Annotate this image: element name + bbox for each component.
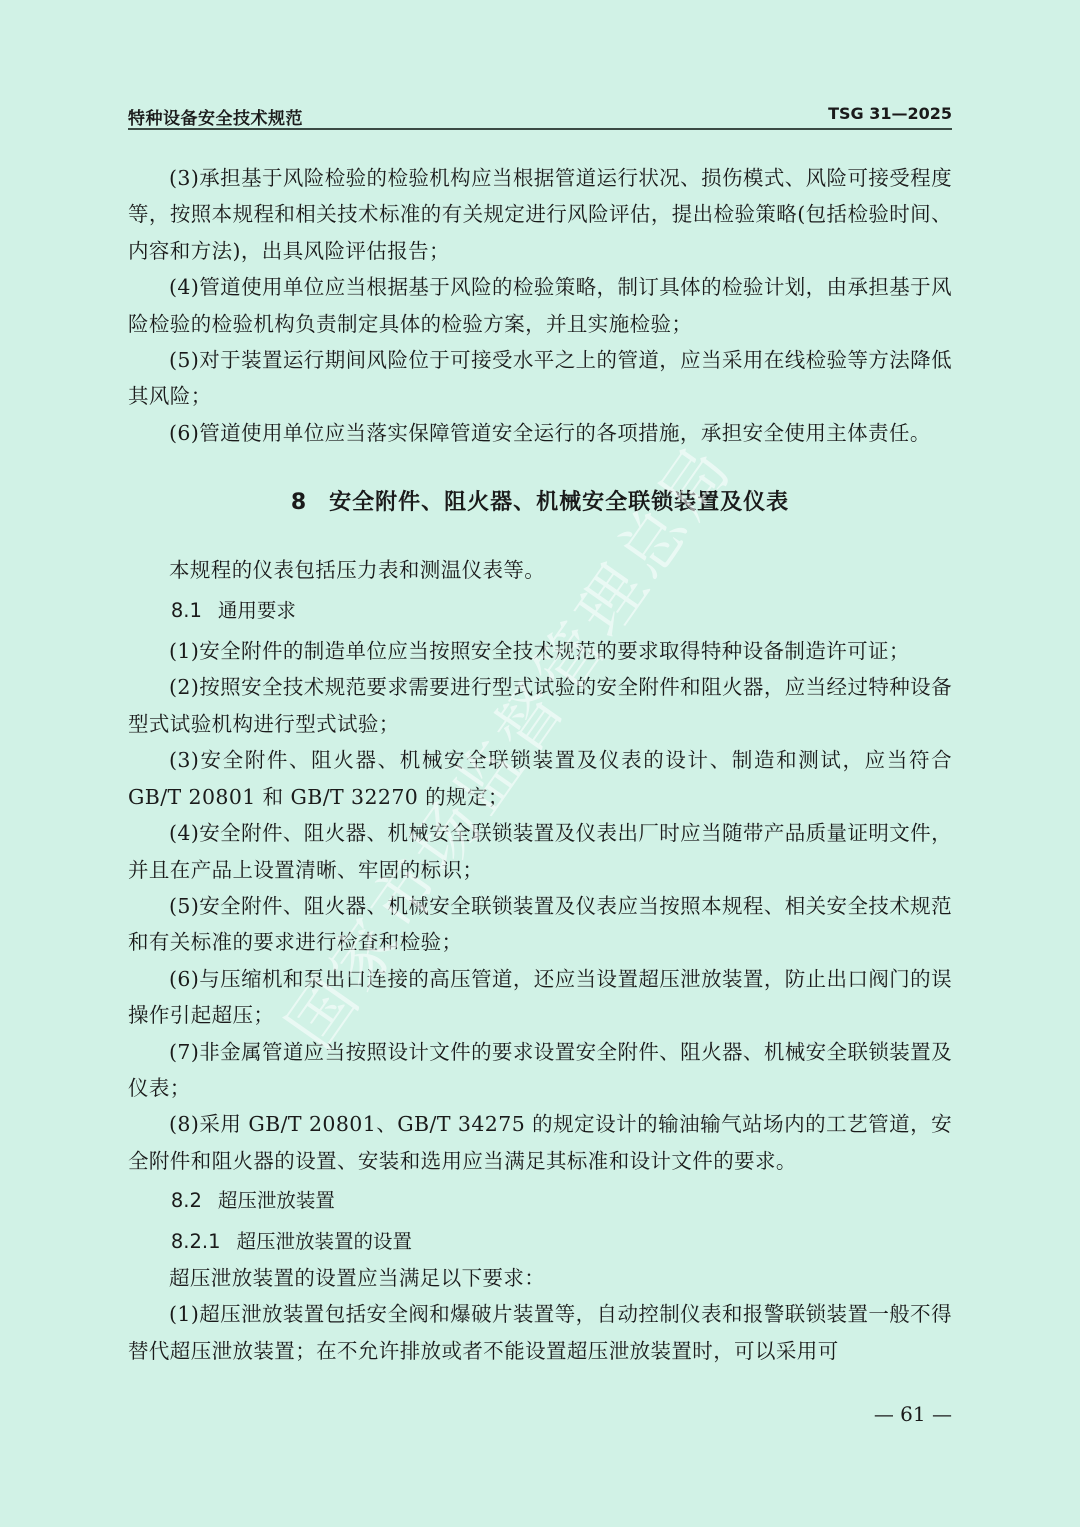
section-intro: 超压泄放装置的设置应当满足以下要求： <box>128 1260 952 1296</box>
list-item: (1)安全附件的制造单位应当按照安全技术规范的要求取得特种设备制造许可证； <box>128 633 952 669</box>
running-header: 特种设备安全技术规范 TSG 31—2025 <box>128 102 952 130</box>
section-heading-8-2: 8.2超压泄放装置 <box>128 1183 952 1219</box>
chapter-intro: 本规程的仪表包括压力表和测温仪表等。 <box>128 552 952 588</box>
paragraph: (6)管道使用单位应当落实保障管道安全运行的各项措施，承担安全使用主体责任。 <box>128 415 952 451</box>
section-title: 通用要求 <box>218 599 296 622</box>
chapter-title: 安全附件、阻火器、机械安全联锁装置及仪表 <box>329 490 789 515</box>
chapter-heading: 8安全附件、阻火器、机械安全联锁装置及仪表 <box>128 485 952 516</box>
section-number: 8.2.1 <box>171 1224 221 1260</box>
list-item: (2)按照安全技术规范要求需要进行型式试验的安全附件和阻火器，应当经过特种设备型… <box>128 669 952 742</box>
section-title: 超压泄放装置的设置 <box>237 1230 413 1253</box>
header-standard-code: TSG 31—2025 <box>828 104 952 123</box>
list-item: (7)非金属管道应当按照设计文件的要求设置安全附件、阻火器、机械安全联锁装置及仪… <box>128 1034 952 1107</box>
chapter-number: 8 <box>291 490 307 515</box>
section-title: 超压泄放装置 <box>218 1189 335 1212</box>
list-item: (3)安全附件、阻火器、机械安全联锁装置及仪表的设计、制造和测试，应当符合 GB… <box>128 742 952 815</box>
section-heading-8-2-1: 8.2.1超压泄放装置的设置 <box>128 1224 952 1260</box>
list-item: (8)采用 GB/T 20801、GB/T 34275 的规定设计的输油输气站场… <box>128 1106 952 1179</box>
page-number: — 61 — <box>874 1402 952 1426</box>
section-number: 8.1 <box>171 593 202 629</box>
section-number: 8.2 <box>171 1183 202 1219</box>
paragraph: (5)对于装置运行期间风险位于可接受水平之上的管道，应当采用在线检验等方法降低其… <box>128 342 952 415</box>
page-body: (3)承担基于风险检验的检验机构应当根据管道运行状况、损伤模式、风险可接受程度等… <box>128 160 952 1369</box>
list-item: (1)超压泄放装置包括安全阀和爆破片装置等，自动控制仪表和报警联锁装置一般不得替… <box>128 1296 952 1369</box>
section-heading-8-1: 8.1通用要求 <box>128 593 952 629</box>
list-item: (4)安全附件、阻火器、机械安全联锁装置及仪表出厂时应当随带产品质量证明文件，并… <box>128 815 952 888</box>
list-item: (5)安全附件、阻火器、机械安全联锁装置及仪表应当按照本规程、相关安全技术规范和… <box>128 888 952 961</box>
paragraph: (3)承担基于风险检验的检验机构应当根据管道运行状况、损伤模式、风险可接受程度等… <box>128 160 952 269</box>
list-item: (6)与压缩机和泵出口连接的高压管道，还应当设置超压泄放装置，防止出口阀门的误操… <box>128 961 952 1034</box>
paragraph: (4)管道使用单位应当根据基于风险的检验策略，制订具体的检验计划，由承担基于风险… <box>128 269 952 342</box>
header-series-title: 特种设备安全技术规范 <box>128 104 303 129</box>
